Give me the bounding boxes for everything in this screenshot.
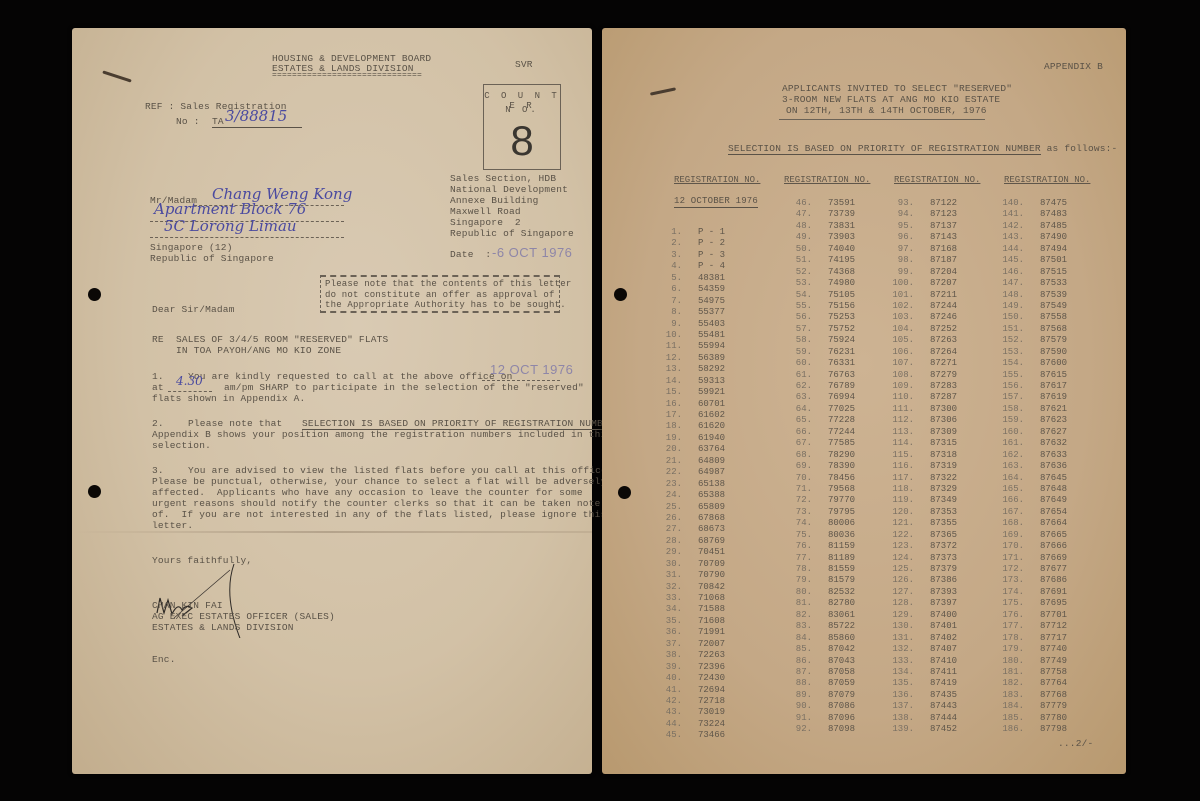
registration-number: 87648 — [1040, 484, 1067, 495]
registration-row: 166.87649 — [996, 495, 1067, 506]
registration-number: P - 4 — [698, 261, 725, 272]
registration-row: 95.87137 — [886, 221, 957, 232]
row-index: 160. — [996, 427, 1024, 438]
registration-number: 54359 — [698, 284, 725, 295]
registration-row: 41.72694 — [654, 685, 725, 696]
row-index: 108. — [886, 370, 914, 381]
row-index: 56. — [784, 312, 812, 323]
row-index: 124. — [886, 553, 914, 564]
registration-row: 78.81559 — [784, 564, 855, 575]
row-index: 43. — [654, 707, 682, 718]
row-index: 155. — [996, 370, 1024, 381]
registration-number: 87187 — [930, 255, 957, 266]
row-index: 78. — [784, 564, 812, 575]
row-index: 84. — [784, 633, 812, 644]
registration-row: 69.78390 — [784, 461, 855, 472]
registration-number: 74195 — [828, 255, 855, 266]
registration-row: 27.68673 — [654, 524, 725, 535]
registration-row: 48.73831 — [784, 221, 855, 232]
registration-row: 38.72263 — [654, 650, 725, 661]
registration-row: 143.87490 — [996, 232, 1067, 243]
registration-row: 93.87122 — [886, 198, 957, 209]
registration-column-3: 93.8712294.8712395.8713796.8714397.87168… — [886, 198, 957, 736]
row-index: 125. — [886, 564, 914, 575]
registration-row: 160.87627 — [996, 427, 1067, 438]
registration-row: 164.87645 — [996, 473, 1067, 484]
row-index: 179. — [996, 644, 1024, 655]
registration-number: 75105 — [828, 290, 855, 301]
row-index: 95. — [886, 221, 914, 232]
row-index: 21. — [654, 456, 682, 467]
row-index: 165. — [996, 484, 1024, 495]
sender-address-5: Singapore 2 — [450, 217, 521, 228]
registration-number: 87355 — [930, 518, 957, 529]
registration-row: 114.87315 — [886, 438, 957, 449]
registration-number: 87397 — [930, 598, 957, 609]
sender-address-2: National Development — [450, 184, 568, 195]
row-index: 182. — [996, 678, 1024, 689]
title-line-2: 3-ROOM NEW FLATS AT ANG MO KIO ESTATE — [782, 94, 1000, 105]
row-index: 28. — [654, 536, 682, 547]
subject-re: RE — [152, 334, 164, 345]
registration-row: 172.87677 — [996, 564, 1067, 575]
registration-number: 87636 — [1040, 461, 1067, 472]
row-index: 152. — [996, 335, 1024, 346]
row-index: 164. — [996, 473, 1024, 484]
title-line-3: ON 12TH, 13TH & 14TH OCTOBER, 1976 — [786, 105, 987, 116]
registration-row: 112.87306 — [886, 415, 957, 426]
registration-number: 87533 — [1040, 278, 1067, 289]
row-index: 3. — [654, 250, 682, 261]
selection-note: SELECTION IS BASED ON PRIORITY OF REGIST… — [728, 143, 1117, 154]
registration-number: 87654 — [1040, 507, 1067, 518]
registration-number: 87549 — [1040, 301, 1067, 312]
row-index: 100. — [886, 278, 914, 289]
registration-number: 87779 — [1040, 701, 1067, 712]
registration-number: 87558 — [1040, 312, 1067, 323]
row-index: 143. — [996, 232, 1024, 243]
registration-row: 14.59313 — [654, 376, 725, 387]
registration-number: 72694 — [698, 685, 725, 696]
registration-row: 125.87379 — [886, 564, 957, 575]
registration-row: 66.77244 — [784, 427, 855, 438]
registration-number: 73224 — [698, 719, 725, 730]
registration-row: 139.87452 — [886, 724, 957, 735]
row-index: 162. — [996, 450, 1024, 461]
registration-row: 61.76763 — [784, 370, 855, 381]
row-index: 51. — [784, 255, 812, 266]
registration-row: 17.61602 — [654, 410, 725, 421]
registration-number: 87372 — [930, 541, 957, 552]
registration-row: 184.87779 — [996, 701, 1067, 712]
row-index: 174. — [996, 587, 1024, 598]
row-index: 112. — [886, 415, 914, 426]
registration-row: 71.79568 — [784, 484, 855, 495]
registration-number: 87633 — [1040, 450, 1067, 461]
para3-line-3: affected. Applicants who have any occasi… — [152, 487, 583, 498]
row-index: 96. — [886, 232, 914, 243]
registration-number: 87764 — [1040, 678, 1067, 689]
row-index: 133. — [886, 656, 914, 667]
registration-number: 68673 — [698, 524, 725, 535]
registration-row: 165.87648 — [996, 484, 1067, 495]
row-index: 145. — [996, 255, 1024, 266]
registration-number: 64809 — [698, 456, 725, 467]
row-index: 183. — [996, 690, 1024, 701]
registration-column-1: 1.P - 12.P - 23.P - 34.P - 45.483816.543… — [654, 227, 725, 742]
registration-number: 87365 — [930, 530, 957, 541]
row-index: 34. — [654, 604, 682, 615]
registration-number: 87740 — [1040, 644, 1067, 655]
registration-number: 72263 — [698, 650, 725, 661]
registration-number: 87143 — [930, 232, 957, 243]
registration-number: 76763 — [828, 370, 855, 381]
registration-row: 56.75253 — [784, 312, 855, 323]
row-index: 158. — [996, 404, 1024, 415]
row-index: 67. — [784, 438, 812, 449]
registration-number: 87263 — [930, 335, 957, 346]
row-index: 30. — [654, 559, 682, 570]
registration-row: 124.87373 — [886, 553, 957, 564]
row-index: 184. — [996, 701, 1024, 712]
row-index: 11. — [654, 341, 682, 352]
registration-row: 142.87485 — [996, 221, 1067, 232]
row-index: 85. — [784, 644, 812, 655]
registration-number: 78290 — [828, 450, 855, 461]
registration-row: 8.55377 — [654, 307, 725, 318]
enclosure: Enc. — [152, 654, 176, 665]
registration-number: 87665 — [1040, 530, 1067, 541]
registration-row: 36.71991 — [654, 627, 725, 638]
registration-row: 54.75105 — [784, 290, 855, 301]
hdb-invitation-letter: HOUSING & DEVELOPMENT BOARD ESTATES & LA… — [72, 28, 592, 774]
para3-line-5: of. If you are not interested in any of … — [152, 509, 606, 520]
registration-row: 171.87669 — [996, 553, 1067, 564]
registration-row: 97.87168 — [886, 244, 957, 255]
row-index: 72. — [784, 495, 812, 506]
row-index: 37. — [654, 639, 682, 650]
para1-line-1: You are kindly requested to call at the … — [188, 371, 513, 382]
row-index: 38. — [654, 650, 682, 661]
row-index: 173. — [996, 575, 1024, 586]
row-index: 113. — [886, 427, 914, 438]
row-index: 177. — [996, 621, 1024, 632]
registration-number: 76231 — [828, 347, 855, 358]
registration-row: 133.87410 — [886, 656, 957, 667]
row-index: 79. — [784, 575, 812, 586]
row-index: 88. — [784, 678, 812, 689]
registration-number: 78456 — [828, 473, 855, 484]
row-index: 104. — [886, 324, 914, 335]
registration-row: 116.87319 — [886, 461, 957, 472]
registration-number: 87568 — [1040, 324, 1067, 335]
row-index: 181. — [996, 667, 1024, 678]
row-index: 27. — [654, 524, 682, 535]
row-index: 92. — [784, 724, 812, 735]
registration-number: 87621 — [1040, 404, 1067, 415]
row-index: 99. — [886, 267, 914, 278]
registration-row: 68.78290 — [784, 450, 855, 461]
registration-number: 77228 — [828, 415, 855, 426]
registration-row: 96.87143 — [886, 232, 957, 243]
registration-number: 87096 — [828, 713, 855, 724]
row-index: 101. — [886, 290, 914, 301]
row-index: 10. — [654, 330, 682, 341]
row-index: 48. — [784, 221, 812, 232]
para2-prefix: Please note that — [188, 418, 282, 429]
registration-row: 3.P - 3 — [654, 250, 725, 261]
para2-num: 2. — [152, 418, 164, 429]
row-index: 25. — [654, 502, 682, 513]
registration-number: 87204 — [930, 267, 957, 278]
registration-number: 87452 — [930, 724, 957, 735]
registration-row: 186.87798 — [996, 724, 1067, 735]
row-index: 81. — [784, 598, 812, 609]
registration-row: 37.72007 — [654, 639, 725, 650]
registration-number: 75752 — [828, 324, 855, 335]
registration-number: 87695 — [1040, 598, 1067, 609]
selection-date-stamp: 12 OCT 1976 — [490, 362, 573, 377]
registration-row: 15.59921 — [654, 387, 725, 398]
registration-number: 73903 — [828, 232, 855, 243]
row-index: 47. — [784, 209, 812, 220]
registration-row: 163.87636 — [996, 461, 1067, 472]
para1-line-3: flats shown in Appendix A. — [152, 393, 305, 404]
registration-number: 87402 — [930, 633, 957, 644]
registration-number: 61620 — [698, 421, 725, 432]
punch-hole — [88, 485, 101, 498]
registration-number: 61940 — [698, 433, 725, 444]
row-index: 40. — [654, 673, 682, 684]
registration-row: 175.87695 — [996, 598, 1067, 609]
registration-row: 113.87309 — [886, 427, 957, 438]
row-index: 170. — [996, 541, 1024, 552]
row-index: 90. — [784, 701, 812, 712]
registration-row: 73.79795 — [784, 507, 855, 518]
para1-at: at — [152, 382, 164, 393]
registration-number: 81189 — [828, 553, 855, 564]
registration-number: 87712 — [1040, 621, 1067, 632]
row-index: 136. — [886, 690, 914, 701]
registration-row: 34.71588 — [654, 604, 725, 615]
row-index: 109. — [886, 381, 914, 392]
registration-row: 101.87211 — [886, 290, 957, 301]
ref-no-handwritten: 3/88815 — [225, 107, 287, 125]
registration-row: 138.87444 — [886, 713, 957, 724]
row-index: 18. — [654, 421, 682, 432]
row-index: 139. — [886, 724, 914, 735]
registration-row: 79.81579 — [784, 575, 855, 586]
row-index: 6. — [654, 284, 682, 295]
registration-row: 88.87059 — [784, 678, 855, 689]
registration-number: 87579 — [1040, 335, 1067, 346]
registration-row: 75.80036 — [784, 530, 855, 541]
appendix-label: APPENDIX B — [1044, 61, 1103, 72]
registration-row: 62.76789 — [784, 381, 855, 392]
registration-row: 22.64987 — [654, 467, 725, 478]
registration-number: P - 3 — [698, 250, 725, 261]
registration-number: 87329 — [930, 484, 957, 495]
row-index: 128. — [886, 598, 914, 609]
para3-line-6: letter. — [152, 520, 193, 531]
row-index: 146. — [996, 267, 1024, 278]
registration-number: 87300 — [930, 404, 957, 415]
registration-row: 84.85860 — [784, 633, 855, 644]
registration-row: 72.79770 — [784, 495, 855, 506]
registration-number: 72007 — [698, 639, 725, 650]
row-index: 151. — [996, 324, 1024, 335]
registration-number: 87211 — [930, 290, 957, 301]
registration-row: 80.82532 — [784, 587, 855, 598]
registration-number: 60701 — [698, 399, 725, 410]
row-index: 57. — [784, 324, 812, 335]
registration-number: 77025 — [828, 404, 855, 415]
registration-row: 168.87664 — [996, 518, 1067, 529]
row-index: 70. — [784, 473, 812, 484]
row-index: 134. — [886, 667, 914, 678]
registration-row: 140.87475 — [996, 198, 1067, 209]
staple-mark — [102, 70, 131, 82]
registration-row: 150.87558 — [996, 312, 1067, 323]
row-index: 132. — [886, 644, 914, 655]
row-index: 33. — [654, 593, 682, 604]
row-index: 116. — [886, 461, 914, 472]
registration-number: 87691 — [1040, 587, 1067, 598]
registration-row: 21.64809 — [654, 456, 725, 467]
registration-row: 169.87665 — [996, 530, 1067, 541]
row-index: 12. — [654, 353, 682, 364]
registration-number: 63764 — [698, 444, 725, 455]
registration-row: 162.87633 — [996, 450, 1067, 461]
row-index: 35. — [654, 616, 682, 627]
row-index: 106. — [886, 347, 914, 358]
registration-row: 132.87407 — [886, 644, 957, 655]
registration-row: 42.72718 — [654, 696, 725, 707]
registration-row: 64.77025 — [784, 404, 855, 415]
registration-number: 87349 — [930, 495, 957, 506]
registration-number: 87401 — [930, 621, 957, 632]
registration-number: 87123 — [930, 209, 957, 220]
registration-number: 87627 — [1040, 427, 1067, 438]
registration-number: 87419 — [930, 678, 957, 689]
subject-line-2: IN TOA PAYOH/ANG MO KIO ZONE — [176, 345, 341, 356]
registration-row: 111.87300 — [886, 404, 957, 415]
registration-number: 87645 — [1040, 473, 1067, 484]
registration-number: 79795 — [828, 507, 855, 518]
registration-row: 136.87435 — [886, 690, 957, 701]
addressee-line-3: 5C Lorong Limau — [164, 217, 297, 235]
row-index: 74. — [784, 518, 812, 529]
registration-row: 181.87758 — [996, 667, 1067, 678]
registration-row: 102.87244 — [886, 301, 957, 312]
registration-number: 76331 — [828, 358, 855, 369]
registration-number: 87058 — [828, 667, 855, 678]
row-index: 137. — [886, 701, 914, 712]
registration-row: 92.87098 — [784, 724, 855, 735]
row-index: 175. — [996, 598, 1024, 609]
registration-number: 55994 — [698, 341, 725, 352]
registration-number: 87353 — [930, 507, 957, 518]
registration-row: 107.87271 — [886, 358, 957, 369]
registration-number: 87435 — [930, 690, 957, 701]
registration-number: 81159 — [828, 541, 855, 552]
registration-row: 31.70790 — [654, 570, 725, 581]
para3-line-2: Please be punctual, otherwise, your chan… — [152, 476, 606, 487]
registration-row: 170.87666 — [996, 541, 1067, 552]
registration-number: 65138 — [698, 479, 725, 490]
registration-number: 70790 — [698, 570, 725, 581]
staple-mark — [650, 87, 676, 95]
registration-number: 87122 — [930, 198, 957, 209]
registration-row: 161.87632 — [996, 438, 1067, 449]
row-index: 45. — [654, 730, 682, 741]
registration-number: 87168 — [930, 244, 957, 255]
registration-number: 55403 — [698, 319, 725, 330]
registration-number: 73831 — [828, 221, 855, 232]
registration-number: 87271 — [930, 358, 957, 369]
registration-number: 55377 — [698, 307, 725, 318]
registration-column-2: 46.7359147.7373948.7383149.7390350.74040… — [784, 198, 855, 736]
registration-row: 91.87096 — [784, 713, 855, 724]
registration-number: 87749 — [1040, 656, 1067, 667]
registration-row: 155.87615 — [996, 370, 1067, 381]
row-index: 75. — [784, 530, 812, 541]
row-index: 20. — [654, 444, 682, 455]
registration-number: 87315 — [930, 438, 957, 449]
registration-number: 87059 — [828, 678, 855, 689]
registration-row: 120.87353 — [886, 507, 957, 518]
registration-row: 115.87318 — [886, 450, 957, 461]
registration-row: 1.P - 1 — [654, 227, 725, 238]
para2-line-3: selection. — [152, 440, 211, 451]
row-index: 53. — [784, 278, 812, 289]
registration-number: 75156 — [828, 301, 855, 312]
row-index: 15. — [654, 387, 682, 398]
registration-row: 58.75924 — [784, 335, 855, 346]
registration-number: 76789 — [828, 381, 855, 392]
registration-row: 50.74040 — [784, 244, 855, 255]
registration-number: 87686 — [1040, 575, 1067, 586]
registration-row: 158.87621 — [996, 404, 1067, 415]
registration-row: 89.87079 — [784, 690, 855, 701]
registration-number: 85860 — [828, 633, 855, 644]
registration-number: 48381 — [698, 273, 725, 284]
registration-row: 26.67868 — [654, 513, 725, 524]
registration-row: 11.55994 — [654, 341, 725, 352]
row-index: 129. — [886, 610, 914, 621]
row-index: 26. — [654, 513, 682, 524]
row-index: 24. — [654, 490, 682, 501]
row-index: 167. — [996, 507, 1024, 518]
registration-row: 81.82780 — [784, 598, 855, 609]
registration-number: 79770 — [828, 495, 855, 506]
row-index: 9. — [654, 319, 682, 330]
letterhead-rule: ============================== — [272, 70, 422, 81]
counter-number-box: C O U N T E R N O. 8 — [483, 84, 561, 170]
registration-row: 30.70709 — [654, 559, 725, 570]
registration-row: 60.76331 — [784, 358, 855, 369]
registration-number: 64987 — [698, 467, 725, 478]
registration-row: 156.87617 — [996, 381, 1067, 392]
column-header-3: REGISTRATION NO. — [894, 175, 980, 185]
registration-number: 73466 — [698, 730, 725, 741]
registration-row: 33.71068 — [654, 593, 725, 604]
row-index: 82. — [784, 610, 812, 621]
row-index: 142. — [996, 221, 1024, 232]
para2-line-2: Appendix B shows your position among the… — [152, 429, 612, 440]
row-index: 69. — [784, 461, 812, 472]
row-index: 130. — [886, 621, 914, 632]
